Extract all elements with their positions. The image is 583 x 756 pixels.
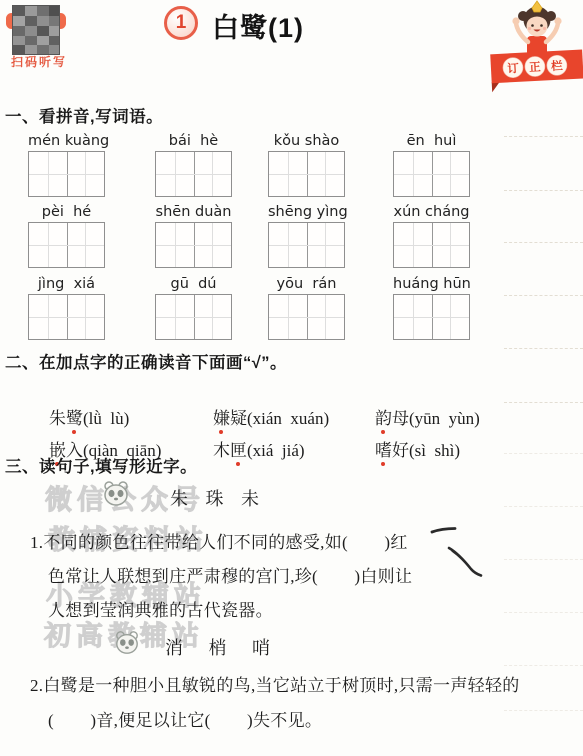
- dotted-char: 嗜: [375, 436, 392, 461]
- pinyin-label: gū dú: [155, 276, 232, 292]
- writing-grid[interactable]: [268, 222, 345, 268]
- word-block: huáng hūn: [393, 276, 470, 340]
- writing-grid[interactable]: [393, 151, 470, 197]
- item-options: 好(sì shì): [392, 441, 460, 460]
- pinyin-label: kǒu shào: [268, 133, 345, 149]
- word-block: ēn huì: [393, 133, 470, 197]
- pinyin-label: mén kuàng: [28, 133, 105, 149]
- qr-mosaic-image: [13, 6, 59, 54]
- word-block: xún cháng: [393, 204, 470, 268]
- correction-dashed-line: [504, 242, 583, 243]
- section-one-heading: 一、看拼音,写词语。: [5, 103, 163, 127]
- grid-guide-line: [394, 317, 469, 318]
- worksheet-page: 扫码听写 1 白鹭(1): [0, 0, 583, 756]
- grid-guide-line: [156, 245, 231, 246]
- pinyin-label: xún cháng: [393, 204, 470, 220]
- crown-icon: [532, 1, 542, 12]
- banner-char-3: 栏: [551, 59, 564, 74]
- question-2-line-1[interactable]: 2.白鹭是一种胆小且敏锐的鸟,当它站立于树顶时,只需一声轻轻的: [30, 671, 520, 696]
- qr-code[interactable]: [12, 5, 60, 55]
- writing-grid[interactable]: [28, 222, 105, 268]
- word-block: mén kuàng: [28, 133, 105, 197]
- word-block: pèi hé: [28, 204, 105, 268]
- writing-grid[interactable]: [393, 294, 470, 340]
- panda-icon: [100, 480, 132, 513]
- choice-characters-1[interactable]: 朱 珠 未: [170, 485, 259, 511]
- dotted-char: 匣: [230, 436, 247, 461]
- panda-icon: [112, 630, 142, 661]
- section-three-heading: 三、读句子,填写形近字。: [5, 453, 197, 477]
- page-title: 白鹭(1): [212, 6, 304, 45]
- section-two-heading: 二、在加点字的正确读音下面画“√”。: [5, 349, 287, 373]
- cartoon-girl-banner-illustration: 订 正 栏: [488, 0, 583, 98]
- grid-guide-line: [394, 174, 469, 175]
- word-block: yōu rán: [268, 276, 345, 340]
- correction-dashed-line: [504, 665, 583, 666]
- grid-guide-line: [29, 174, 104, 175]
- item-prefix: 木: [213, 441, 230, 460]
- writing-grid[interactable]: [393, 222, 470, 268]
- correction-dashed-line: [504, 136, 583, 137]
- correction-dashed-line: [504, 710, 583, 711]
- lesson-number-badge: 1: [164, 6, 198, 40]
- grid-guide-line: [269, 245, 344, 246]
- word-block: jìng xiá: [28, 276, 105, 340]
- writing-grid[interactable]: [28, 151, 105, 197]
- grid-guide-line: [394, 245, 469, 246]
- pinyin-label: yōu rán: [268, 276, 345, 292]
- writing-grid[interactable]: [28, 294, 105, 340]
- correction-dashed-line: [504, 506, 583, 507]
- grid-guide-line: [156, 317, 231, 318]
- qr-caption: 扫码听写: [4, 53, 74, 70]
- pronunciation-item[interactable]: 嗜好(sì shì): [358, 416, 460, 481]
- choice-characters-2[interactable]: 消 梢 哨: [165, 634, 270, 660]
- grid-guide-line: [156, 174, 231, 175]
- pronunciation-item[interactable]: 木匣(xiá jiá): [196, 416, 305, 481]
- word-block: shēn duàn: [155, 204, 232, 268]
- pinyin-label: ēn huì: [393, 133, 470, 149]
- word-block: kǒu shào: [268, 133, 345, 197]
- writing-grid[interactable]: [155, 222, 232, 268]
- qr-code-block: 扫码听写: [10, 3, 62, 67]
- writing-grid[interactable]: [268, 294, 345, 340]
- question-1-line-2[interactable]: 色常让人联想到庄严肃穆的宫门,珍( )白则让: [48, 562, 412, 587]
- grid-guide-line: [29, 245, 104, 246]
- word-block: gū dú: [155, 276, 232, 340]
- pinyin-label: bái hè: [155, 133, 232, 149]
- pinyin-label: shēng yìng: [268, 204, 345, 220]
- question-2-line-2[interactable]: ( )音,便足以让它( )失不见。: [48, 706, 322, 731]
- question-1-line-1[interactable]: 1.不同的颜色往往带给人们不同的感受,如( )红: [30, 528, 408, 553]
- word-block: bái hè: [155, 133, 232, 197]
- word-block: shēng yìng: [268, 204, 345, 268]
- lesson-number: 1: [176, 12, 187, 34]
- correction-dashed-line: [504, 612, 583, 613]
- grid-guide-line: [269, 317, 344, 318]
- correction-dashed-line: [504, 190, 583, 191]
- correction-dashed-line: [504, 295, 583, 296]
- grid-guide-line: [29, 317, 104, 318]
- banner-char-1: 订: [507, 61, 520, 76]
- pinyin-label: shēn duàn: [155, 204, 232, 220]
- correction-dashed-line: [504, 453, 583, 454]
- correction-banner: 订 正 栏: [488, 0, 583, 98]
- pinyin-label: pèi hé: [28, 204, 105, 220]
- correction-dashed-line: [504, 559, 583, 560]
- banner-char-2: 正: [529, 60, 542, 75]
- question-1-line-3: 人想到莹润典雅的古代瓷器。: [48, 596, 273, 621]
- writing-grid[interactable]: [155, 151, 232, 197]
- writing-grid[interactable]: [268, 151, 345, 197]
- writing-grid[interactable]: [155, 294, 232, 340]
- correction-dashed-line: [504, 348, 583, 349]
- grid-guide-line: [269, 174, 344, 175]
- pinyin-label: jìng xiá: [28, 276, 105, 292]
- item-options: (xiá jiá): [247, 441, 305, 460]
- pinyin-label: huáng hūn: [393, 276, 470, 292]
- correction-dashed-line: [504, 402, 583, 403]
